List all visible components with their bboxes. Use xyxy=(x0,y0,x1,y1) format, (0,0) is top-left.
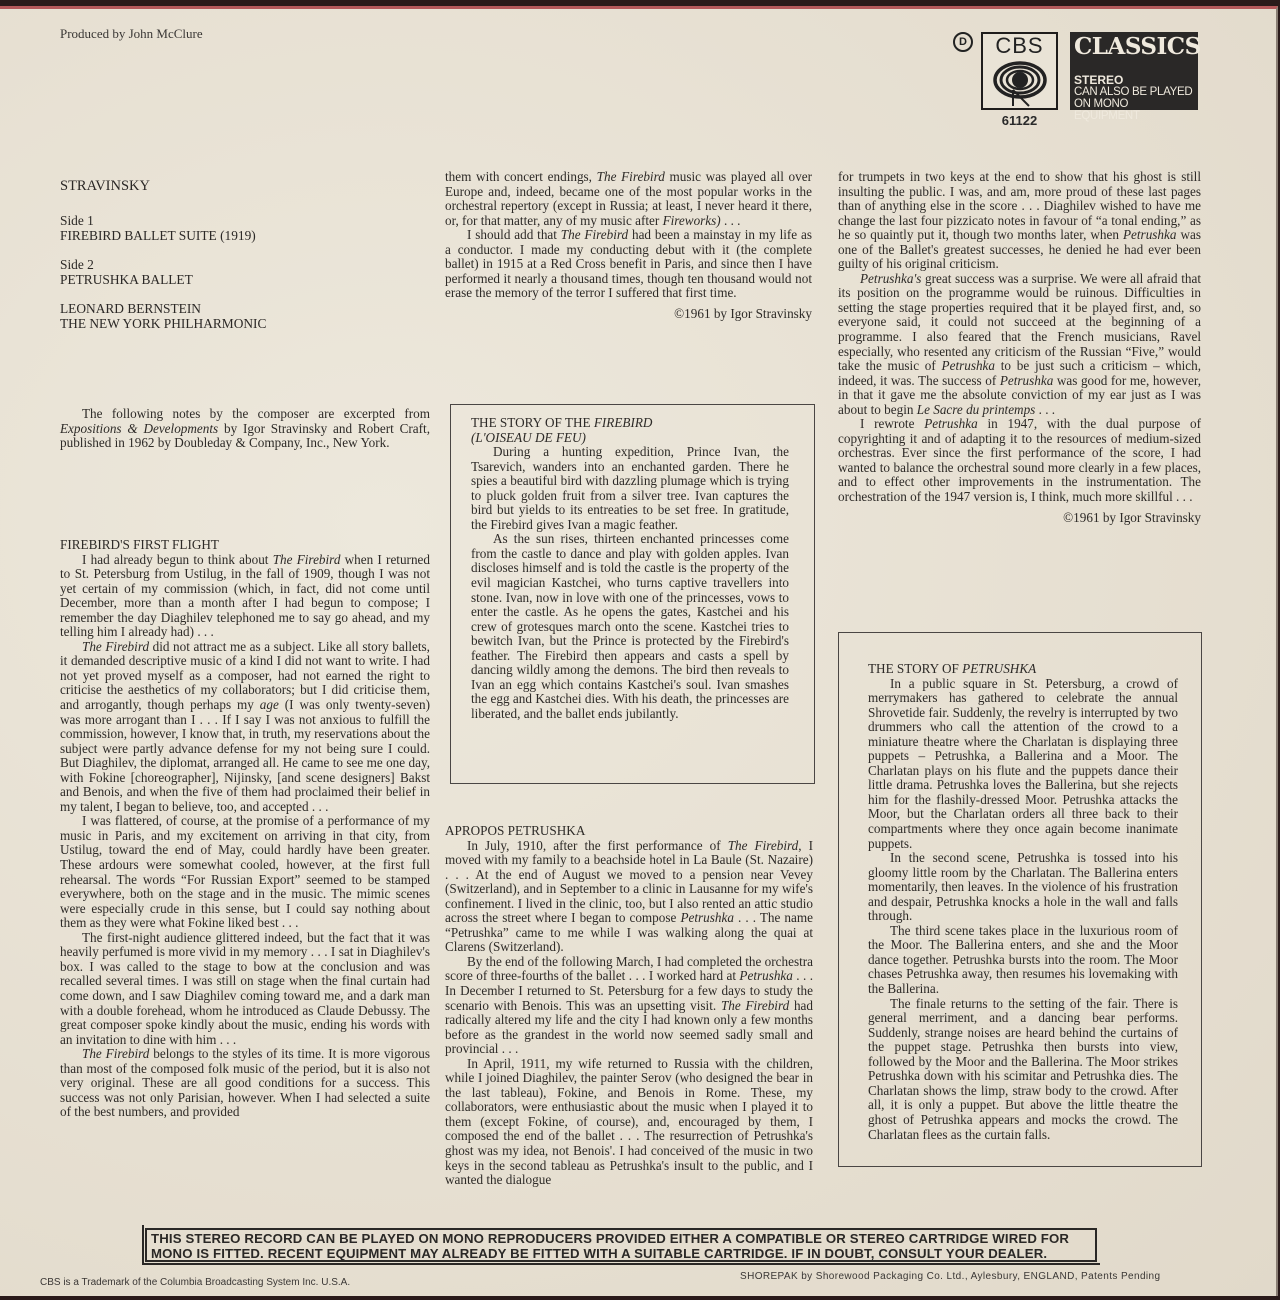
apropos-petrushka-continued: for trumpets in two keys at the end to s… xyxy=(838,170,1201,525)
petrushka-story-box: THE STORY OF PETRUSHKA In a public squar… xyxy=(838,632,1202,1167)
cbs-wordmark: CBS xyxy=(983,34,1056,58)
classics-title: CLASSICS xyxy=(1074,34,1194,60)
classics-badge: CLASSICS STEREO CAN ALSO BE PLAYED ON MO… xyxy=(1070,32,1198,110)
conductor-name: LEONARD BERNSTEIN xyxy=(60,301,266,316)
cbs-eye-icon xyxy=(993,60,1049,108)
producer-credit: Produced by John McClure xyxy=(60,26,203,42)
side-1-label: Side 1 xyxy=(60,213,266,228)
record-sleeve-back: Produced by John McClure D CBS 61122 CLA… xyxy=(0,6,1278,1296)
album-info: STRAVINSKY Side 1 FIREBIRD BALLET SUITE … xyxy=(60,179,266,331)
firebird-story-subheading: (L'OISEAU DE FEU) xyxy=(471,431,789,446)
firebird-first-flight-continued: them with concert endings, The Firebird … xyxy=(445,170,812,321)
firebird-first-flight-section: FIREBIRD'S FIRST FLIGHT I had already be… xyxy=(60,538,430,1120)
composer-name: STRAVINSKY xyxy=(60,179,266,194)
mono-compatibility-notice: THIS STEREO RECORD CAN BE PLAYED ON MONO… xyxy=(145,1228,1097,1262)
section-heading: APROPOS PETRUSHKA xyxy=(445,824,813,839)
trademark-notice: CBS is a Trademark of the Columbia Broad… xyxy=(40,1277,350,1288)
side-2-title: PETRUSHKA BALLET xyxy=(60,272,266,287)
intro-note: The following notes by the composer are … xyxy=(60,407,430,451)
dolby-mark-icon: D xyxy=(953,32,973,52)
copyright-line: ©1961 by Igor Stravinsky xyxy=(838,511,1201,526)
cbs-logo: CBS xyxy=(981,32,1058,110)
section-heading: FIREBIRD'S FIRST FLIGHT xyxy=(60,538,430,553)
copyright-line: ©1961 by Igor Stravinsky xyxy=(445,307,812,322)
catalog-number: 61122 xyxy=(981,113,1058,128)
side-1-title: FIREBIRD BALLET SUITE (1919) xyxy=(60,228,266,243)
firebird-story-heading: THE STORY OF THE FIREBIRD xyxy=(471,416,789,431)
orchestra-name: THE NEW YORK PHILHARMONIC xyxy=(60,316,266,331)
mono-line-1: CAN ALSO BE PLAYED xyxy=(1074,86,1194,98)
packaging-credit: SHOREPAK by Shorewood Packaging Co. Ltd.… xyxy=(740,1271,1160,1282)
stereo-label: STEREO xyxy=(1074,74,1194,86)
firebird-story-box: THE STORY OF THE FIREBIRD (L'OISEAU DE F… xyxy=(450,404,815,784)
side-2-label: Side 2 xyxy=(60,257,266,272)
apropos-petrushka-section: APROPOS PETRUSHKA In July, 1910, after t… xyxy=(445,824,813,1188)
mono-line-2: ON MONO EQUIPMENT xyxy=(1074,98,1194,122)
petrushka-story-heading: THE STORY OF PETRUSHKA xyxy=(868,662,1178,677)
